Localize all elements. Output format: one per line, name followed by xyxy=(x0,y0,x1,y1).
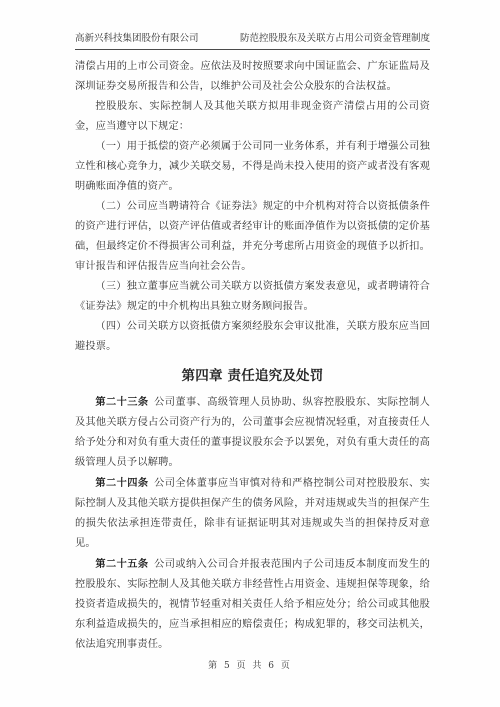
page-header: 高新兴科技集团股份有限公司 防范控股股东及关联方占用公司资金管理制度 xyxy=(75,33,430,50)
article-25-term: 第二十五条 xyxy=(95,558,154,570)
paragraph-noncash-rule-intro: 控股股东、实际控制人及其他关联方拟用非现金资产清偿占用的公司资金，应当遵守以下规… xyxy=(75,97,430,137)
paragraph-continuation: 清偿占用的上市公司资金。应依法及时按照要求向中国证监会、广东证监局及深圳证券交易… xyxy=(75,57,430,97)
article-23: 第二十三条公司董事、高级管理人员协助、纵容控股股东、实际控制人及其他关联方侵占公… xyxy=(75,392,430,473)
chapter-heading: 第四章 责任追究及处罚 xyxy=(75,365,430,387)
header-document-title: 防范控股股东及关联方占用公司资金管理制度 xyxy=(240,33,430,45)
article-24: 第二十四条公司全体董事应当审慎对待和严格控制公司对控股股东、实际控制人及其他关联… xyxy=(75,473,430,554)
paragraph-rule-3: （三）独立董事应当就公司关联方以资抵债方案发表意见，或者聘请符合《证券法》规定的… xyxy=(75,277,430,317)
header-company-name: 高新兴科技集团股份有限公司 xyxy=(75,33,199,45)
document-body: 清偿占用的上市公司资金。应依法及时按照要求向中国证监会、广东证监局及深圳证券交易… xyxy=(75,57,430,655)
article-24-term: 第二十四条 xyxy=(95,477,154,489)
paragraph-rule-2: （二）公司应当聘请符合《证券法》规定的中介机构对符合以资抵债条件的资产进行评估，… xyxy=(75,197,430,277)
article-23-term: 第二十三条 xyxy=(95,396,154,408)
page-number: 第 5 页 共 6 页 xyxy=(208,661,292,671)
paragraph-rule-1: （一）用于抵偿的资产必须属于公司同一业务体系，并有利于增强公司独立性和核心竞争力… xyxy=(75,137,430,197)
page-footer: 第 5 页 共 6 页 xyxy=(0,658,500,671)
document-page: 高新兴科技集团股份有限公司 防范控股股东及关联方占用公司资金管理制度 清偿占用的… xyxy=(0,0,500,707)
article-25-text: 公司或纳入公司合并报表范围内子公司违反本制度而发生的控股股东、实际控制人及其他关… xyxy=(75,559,430,650)
article-25: 第二十五条公司或纳入公司合并报表范围内子公司违反本制度而发生的控股股东、实际控制… xyxy=(75,554,430,655)
paragraph-rule-4: （四）公司关联方以资抵债方案须经股东会审议批准，关联方股东应当回避投票。 xyxy=(75,317,430,357)
